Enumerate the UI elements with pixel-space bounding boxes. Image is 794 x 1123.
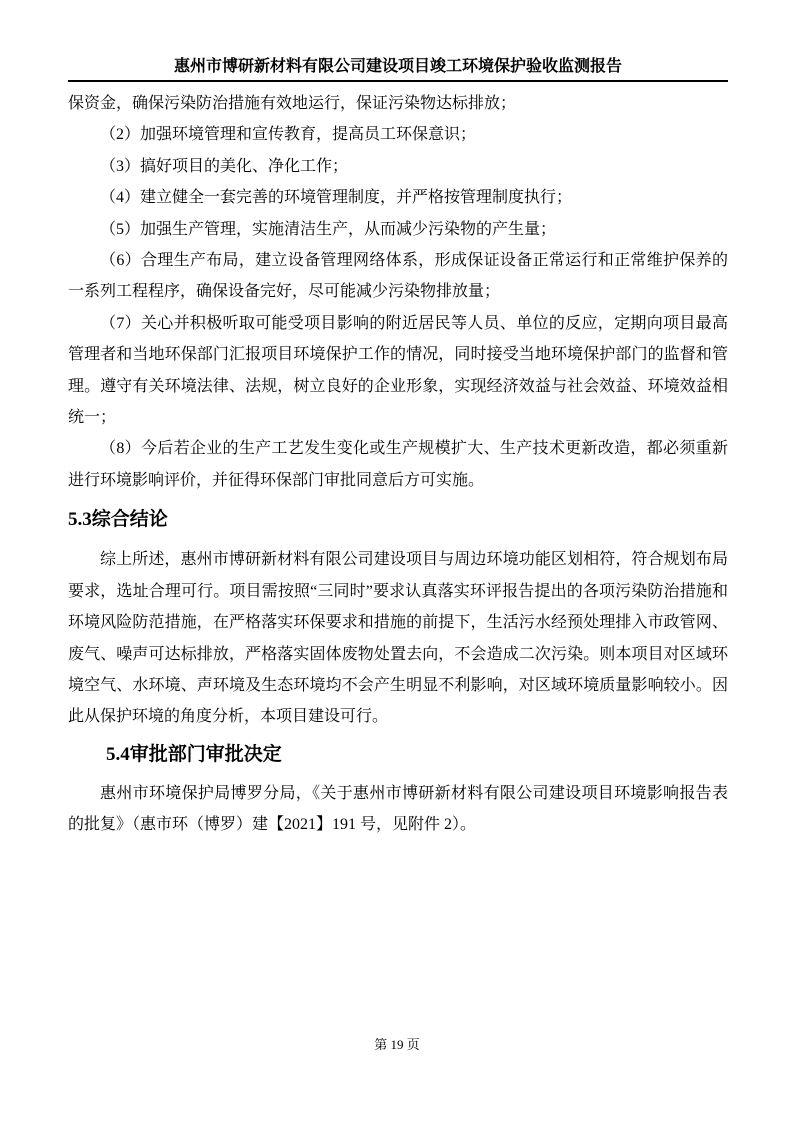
list-item-7: （7）关心并积极听取可能受项目影响的附近居民等人员、单位的反应，定期向项目最高管… [68,308,728,434]
section-5-3-paragraph: 综上所述，惠州市博研新材料有限公司建设项目与周边环境功能区划相符，符合规划布局要… [68,544,728,732]
header-title: 惠州市博研新材料有限公司建设项目竣工环境保护验收监测报告 [68,57,728,77]
paragraph-continuation: 保资金，确保污染防治措施有效地运行，保证污染物达标排放； [68,88,728,119]
list-item-8: （8）今后若企业的生产工艺发生变化或生产规模扩大、生产技术更新改造，都必须重新进… [68,433,728,496]
document-page: 惠州市博研新材料有限公司建设项目竣工环境保护验收监测报告 保资金，确保污染防治措… [0,0,794,1123]
page-footer: 第 19 页 [0,1036,794,1054]
section-5-4-paragraph: 惠州市环境保护局博罗分局，《关于惠州市博研新材料有限公司建设项目环境影响报告表的… [68,778,728,841]
document-body: 保资金，确保污染防治措施有效地运行，保证污染物达标排放； （2）加强环境管理和宣… [68,88,728,841]
list-item-6: （6）合理生产布局，建立设备管理网络体系，形成保证设备正常运行和正常维护保养的一… [68,245,728,308]
list-item-5: （5）加强生产管理，实施清洁生产，从而减少污染物的产生量； [68,214,728,245]
section-heading-5-4: 5.4审批部门审批决定 [68,740,728,770]
section-heading-5-3: 5.3综合结论 [68,505,728,535]
list-item-4: （4）建立健全一套完善的环境管理制度，并严格按管理制度执行； [68,182,728,213]
page-number: 第 19 页 [374,1037,420,1052]
list-item-3: （3）搞好项目的美化、净化工作； [68,151,728,182]
page-header: 惠州市博研新材料有限公司建设项目竣工环境保护验收监测报告 [68,0,728,82]
list-item-2: （2）加强环境管理和宣传教育，提高员工环保意识； [68,119,728,150]
